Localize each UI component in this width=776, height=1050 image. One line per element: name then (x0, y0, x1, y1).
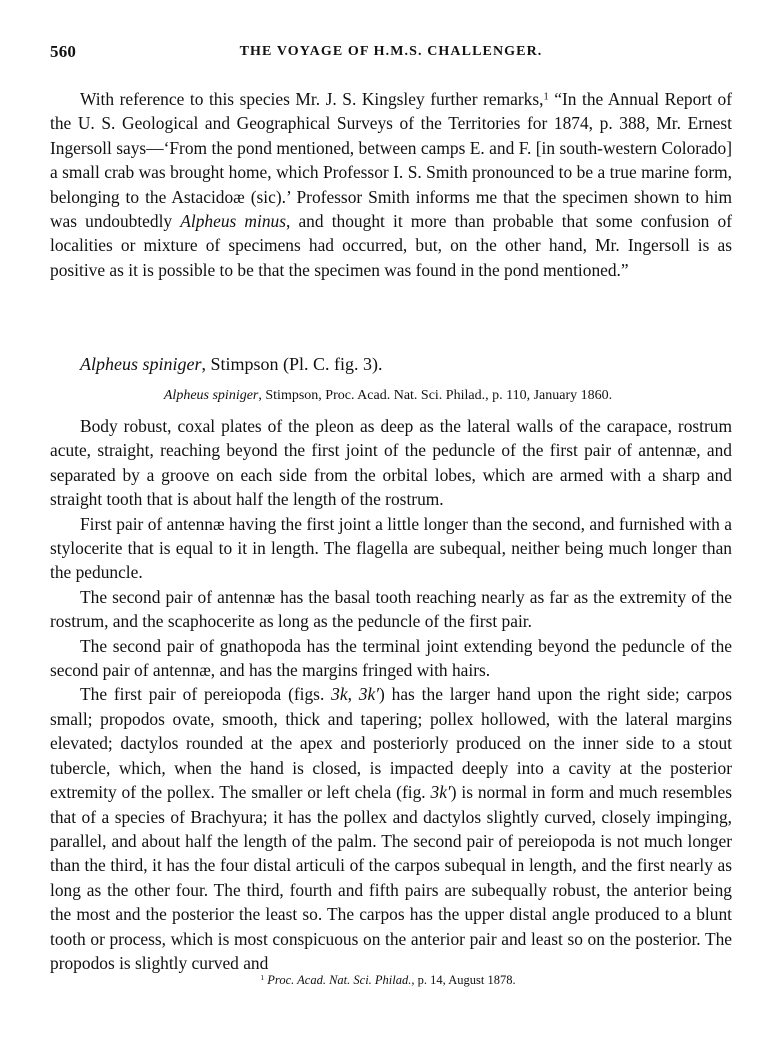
paragraph-text: The first pair of pereiopoda (figs. (80, 684, 331, 704)
running-title: THE VOYAGE OF H.M.S. CHALLENGER. (50, 44, 732, 60)
synonymy-name: Alpheus spiniger (164, 388, 259, 403)
species-heading-authority: , Stimpson (Pl. C. fig. 3). (202, 354, 383, 374)
footnote-marker: 1 (260, 973, 264, 982)
description-paragraph-pereiopoda: The first pair of pereiopoda (figs. 3k, … (50, 682, 732, 975)
paragraph-text: , (348, 684, 359, 704)
description-paragraph-antennae-2: The second pair of antennæ has the basal… (50, 585, 732, 634)
synonymy-citation: Alpheus spiniger, Stimpson, Proc. Acad. … (0, 388, 776, 404)
species-heading-name: Alpheus spiniger (80, 354, 202, 374)
species-name-italic: Alpheus minus (180, 211, 286, 231)
figure-ref: 3k (331, 684, 347, 704)
figure-ref: 3k′ (359, 684, 379, 704)
kingsley-remarks-section: With reference to this species Mr. J. S.… (50, 87, 732, 282)
synonymy-reference: , Stimpson, Proc. Acad. Nat. Sci. Philad… (258, 388, 612, 403)
description-paragraph-body: Body robust, coxal plates of the pleon a… (50, 414, 732, 512)
paragraph-text: ) is normal in form and much resembles t… (50, 782, 732, 973)
figure-ref: 3k′ (431, 782, 451, 802)
footnote-journal: Proc. Acad. Nat. Sci. Philad. (267, 973, 411, 987)
description-paragraph-antennae-1: First pair of antennæ having the first j… (50, 512, 732, 585)
document-page: 560 THE VOYAGE OF H.M.S. CHALLENGER. Wit… (0, 0, 776, 1050)
running-head: 560 THE VOYAGE OF H.M.S. CHALLENGER. (50, 42, 732, 66)
paragraph-text: “In the Annual Report of the U. S. Geolo… (50, 89, 732, 231)
footnote: 1 Proc. Acad. Nat. Sci. Philad., p. 14, … (0, 973, 776, 988)
species-heading: Alpheus spiniger, Stimpson (Pl. C. fig. … (80, 354, 383, 375)
footnote-details: , p. 14, August 1878. (411, 973, 515, 987)
paragraph-text: With reference to this species Mr. J. S.… (80, 89, 543, 109)
kingsley-remarks-paragraph: With reference to this species Mr. J. S.… (50, 87, 732, 282)
species-description: Body robust, coxal plates of the pleon a… (50, 414, 732, 975)
description-paragraph-gnathopoda: The second pair of gnathopoda has the te… (50, 634, 732, 683)
